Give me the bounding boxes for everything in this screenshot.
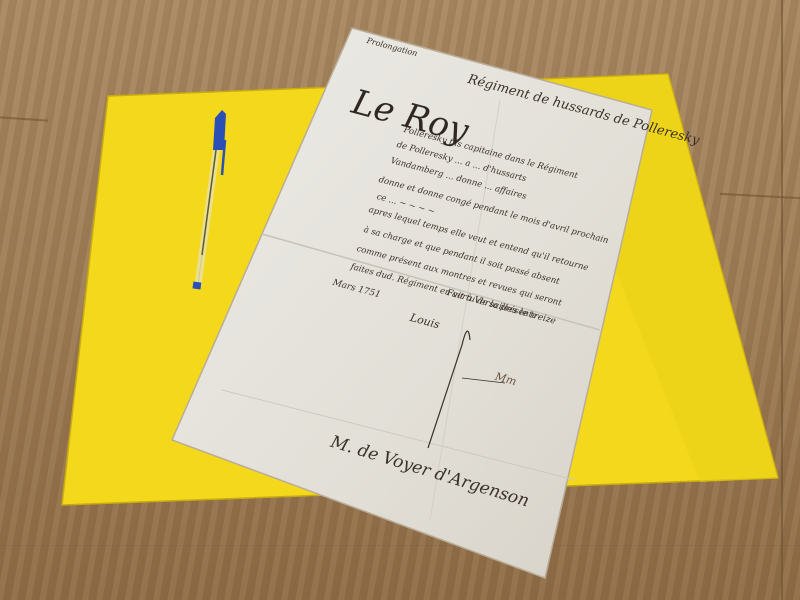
- blue-ballpoint-pen: [0, 0, 800, 600]
